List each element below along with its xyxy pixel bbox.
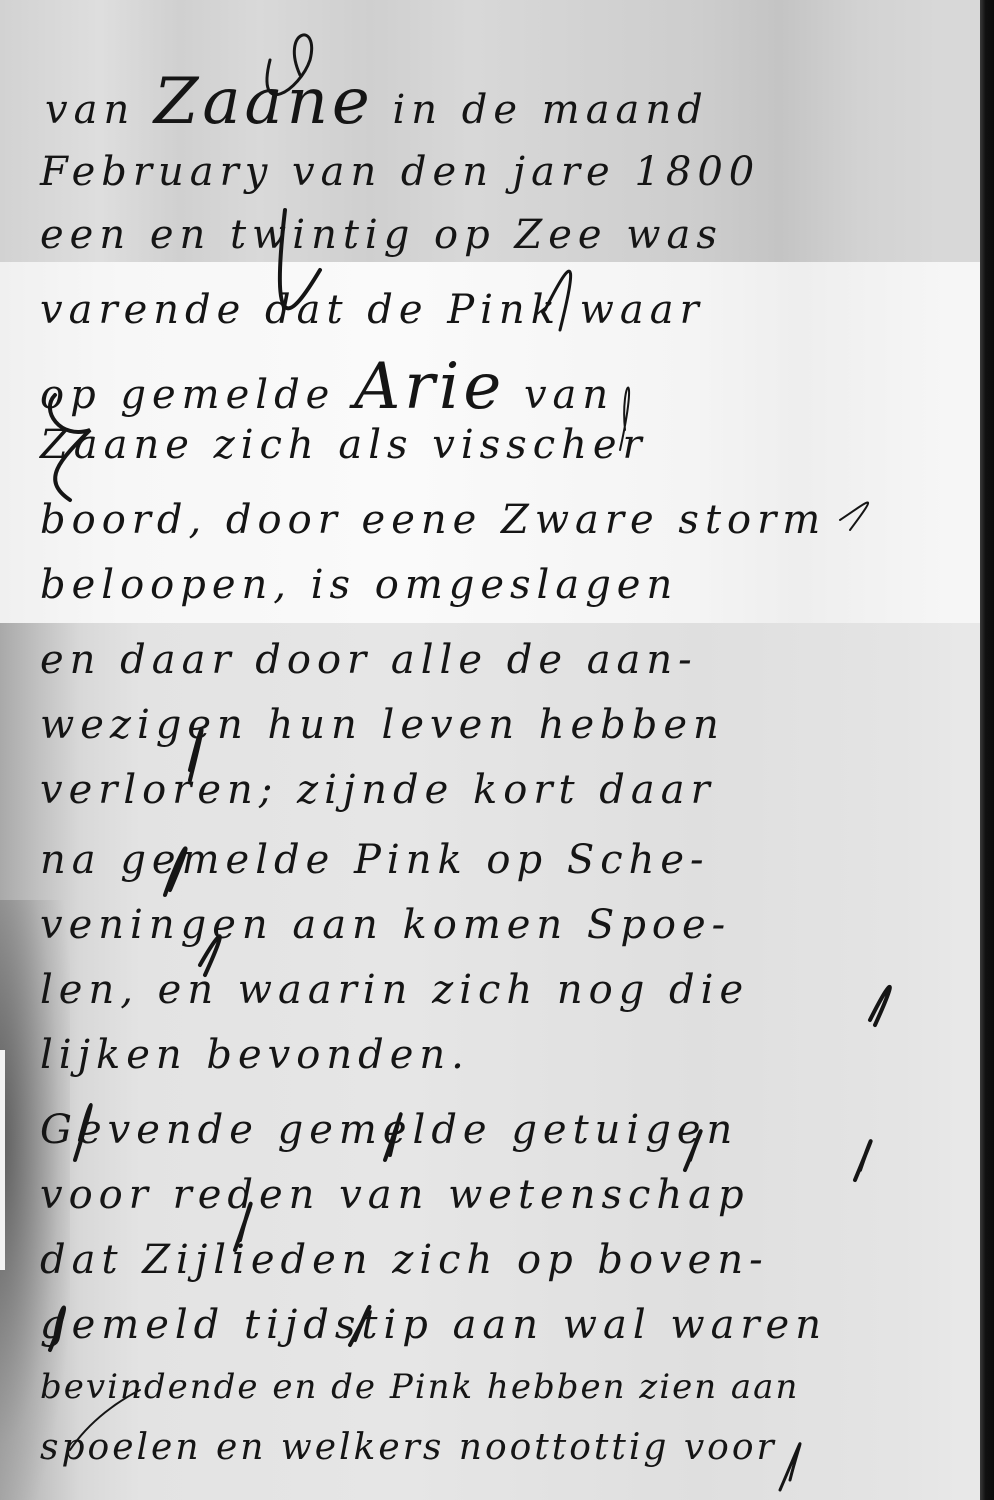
text-line: na gemelde Pink op Sche- (40, 840, 950, 880)
name-arie: Arie (354, 350, 505, 424)
text-line: February van den jare 1800 (40, 152, 950, 192)
text-line: bevindende en de Pink hebben zien aan (40, 1370, 950, 1404)
text-line: op gemelde Arie van (40, 355, 950, 419)
text-line: een en twintig op Zee was (40, 215, 950, 255)
text-line: en daar door alle de aan- (40, 640, 950, 680)
text-line: Zaane zich als visscher (40, 425, 950, 465)
line-suffix: van (505, 372, 614, 418)
line-prefix: van (45, 87, 154, 133)
manuscript-page: van Zaane in de maand February van den j… (0, 0, 994, 1500)
text-line: verloren; zijnde kort daar (40, 770, 950, 810)
text-line: varende dat de Pink waar (40, 290, 950, 330)
text-line: dat Zijlieden zich op boven- (40, 1240, 950, 1280)
text-line: voor reden van wetenschap (40, 1175, 950, 1215)
text-line: spoelen en welkers noottottig voor (40, 1430, 950, 1466)
line-suffix: in de maand (374, 87, 709, 133)
text-line: wezigen hun leven hebben (40, 705, 950, 745)
text-line: beloopen, is omgeslagen (40, 565, 950, 605)
line-prefix: op gemelde (40, 372, 354, 418)
text-line: lijken bevonden. (40, 1035, 950, 1075)
text-line: veningen aan komen Spoe- (40, 905, 950, 945)
text-line: Gevende gemelde getuigen (40, 1110, 950, 1150)
text-line: len, en waarin zich nog die (40, 970, 950, 1010)
text-line: van Zaane in de maand (45, 70, 955, 134)
text-line: boord, door eene Zware storm (40, 500, 950, 540)
handwritten-text: van Zaane in de maand February van den j… (0, 0, 994, 1500)
text-line: gemeld tijdstip aan wal waren (40, 1305, 950, 1345)
surname-zaane: Zaane (154, 65, 374, 139)
